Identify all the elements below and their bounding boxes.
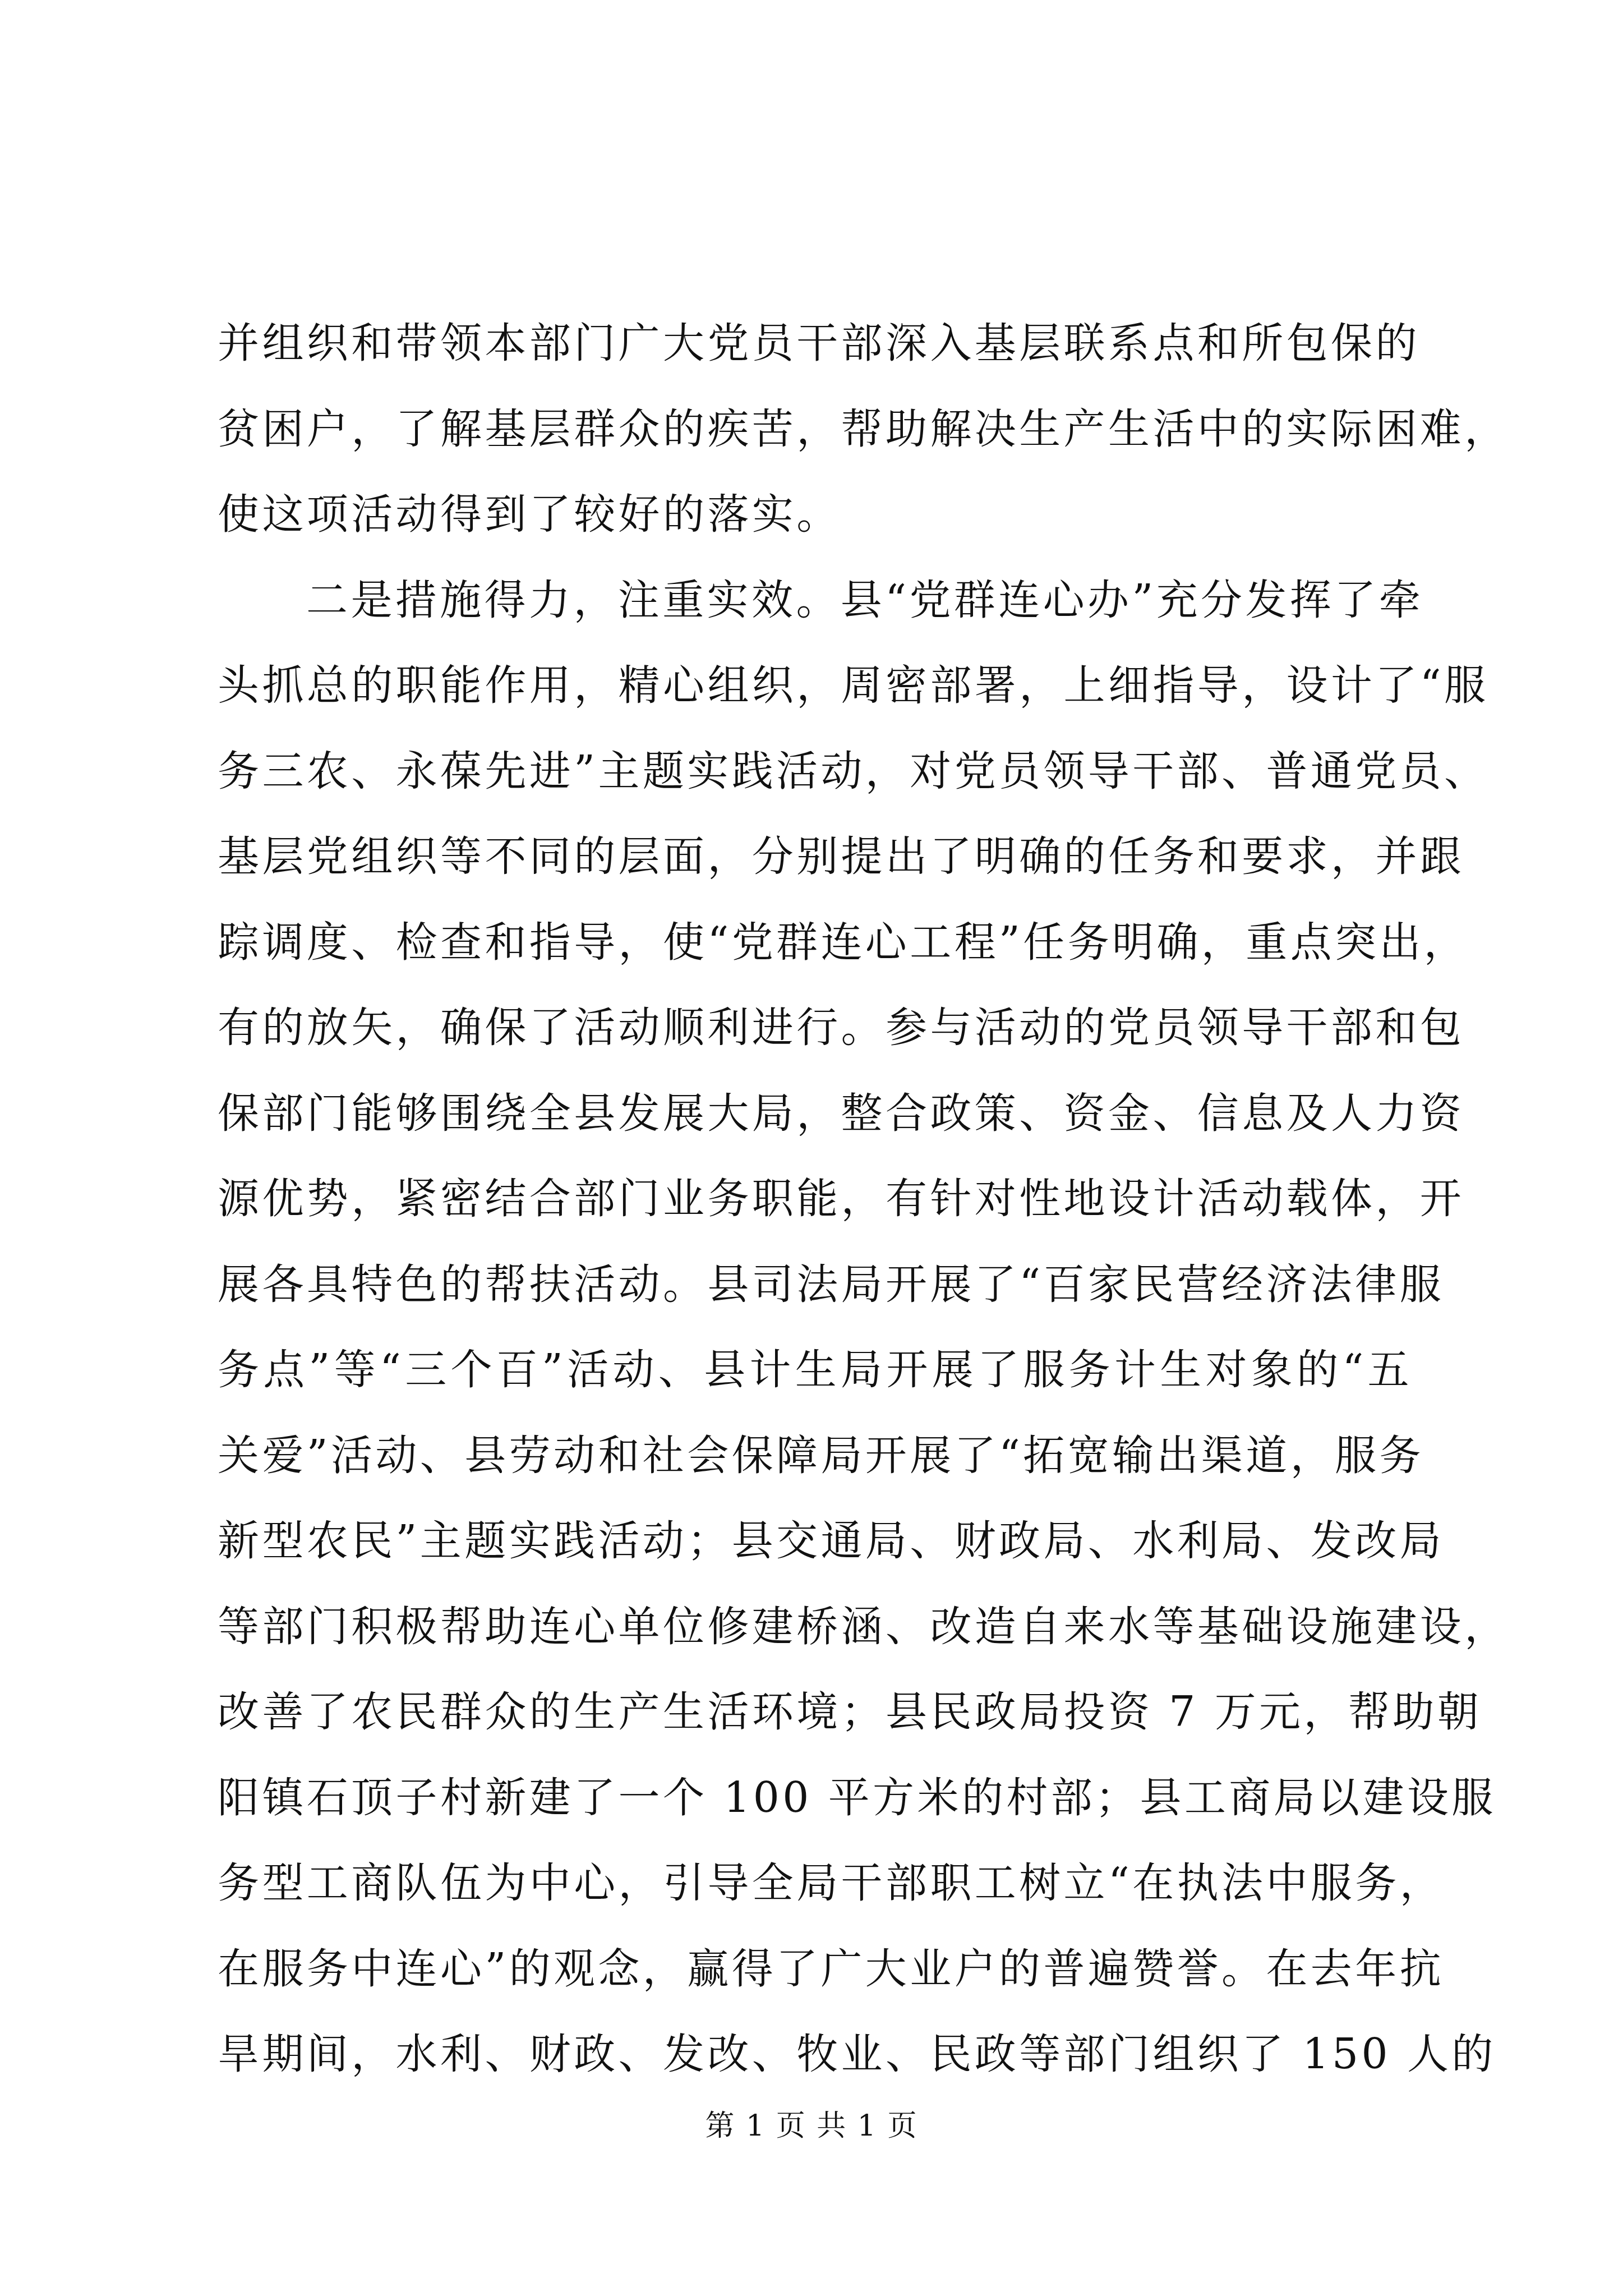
text-line: 二是措施得力，注重实效。县“党群连心办”充分发挥了牵 xyxy=(218,558,1412,643)
text-line: 阳镇石顶子村新建了一个 100 平方米的村部；县工商局以建设服 xyxy=(218,1755,1412,1841)
text-line: 展各具特色的帮扶活动。县司法局开展了“百家民营经济法律服 xyxy=(218,1242,1412,1328)
text-line: 旱期间，水利、财政、发改、牧业、民政等部门组织了 150 人的 xyxy=(218,2012,1412,2097)
text-line: 踪调度、检查和指导，使“党群连心工程”任务明确，重点突出， xyxy=(218,900,1412,986)
text-line: 关爱”活动、县劳动和社会保障局开展了“拓宽输出渠道，服务 xyxy=(218,1413,1412,1499)
text-line: 基层党组织等不同的层面，分别提出了明确的任务和要求，并跟 xyxy=(218,814,1412,900)
text-line: 新型农民”主题实践活动；县交通局、财政局、水利局、发改局 xyxy=(218,1498,1412,1584)
page-number-label: 第 1 页 共 1 页 xyxy=(706,2109,918,2143)
page-footer: 第 1 页 共 1 页 xyxy=(0,2109,1623,2143)
text-line: 使这项活动得到了较好的落实。 xyxy=(218,472,1412,558)
text-line: 务三农、永葆先进”主题实践活动，对党员领导干部、普通党员、 xyxy=(218,729,1412,815)
text-line: 改善了农民群众的生产生活环境；县民政局投资 7 万元，帮助朝 xyxy=(218,1669,1412,1755)
document-page: 并组织和带领本部门广大党员干部深入基层联系点和所包保的 贫困户，了解基层群众的疾… xyxy=(0,0,1623,2296)
text-line: 源优势，紧密结合部门业务职能，有针对性地设计活动载体，开 xyxy=(218,1156,1412,1242)
text-line: 务点”等“三个百”活动、县计生局开展了服务计生对象的“五 xyxy=(218,1327,1412,1413)
text-line: 头抓总的职能作用，精心组织，周密部署，上细指导，设计了“服 xyxy=(218,643,1412,729)
text-line: 等部门积极帮助连心单位修建桥涵、改造自来水等基础设施建设， xyxy=(218,1584,1412,1670)
text-line: 有的放矢，确保了活动顺利进行。参与活动的党员领导干部和包 xyxy=(218,985,1412,1071)
text-line: 贫困户，了解基层群众的疾苦，帮助解决生产生活中的实际困难， xyxy=(218,386,1412,472)
document-body: 并组织和带领本部门广大党员干部深入基层联系点和所包保的 贫困户，了解基层群众的疾… xyxy=(218,301,1412,2097)
text-line: 在服务中连心”的观念，赢得了广大业户的普遍赞誉。在去年抗 xyxy=(218,1926,1412,2012)
paragraph-2: 二是措施得力，注重实效。县“党群连心办”充分发挥了牵 头抓总的职能作用，精心组织… xyxy=(218,558,1412,2097)
text-line: 并组织和带领本部门广大党员干部深入基层联系点和所包保的 xyxy=(218,301,1412,386)
paragraph-1: 并组织和带领本部门广大党员干部深入基层联系点和所包保的 贫困户，了解基层群众的疾… xyxy=(218,301,1412,558)
text-line: 保部门能够围绕全县发展大局，整合政策、资金、信息及人力资 xyxy=(218,1071,1412,1157)
text-line: 务型工商队伍为中心，引导全局干部职工树立“在执法中服务， xyxy=(218,1841,1412,1926)
